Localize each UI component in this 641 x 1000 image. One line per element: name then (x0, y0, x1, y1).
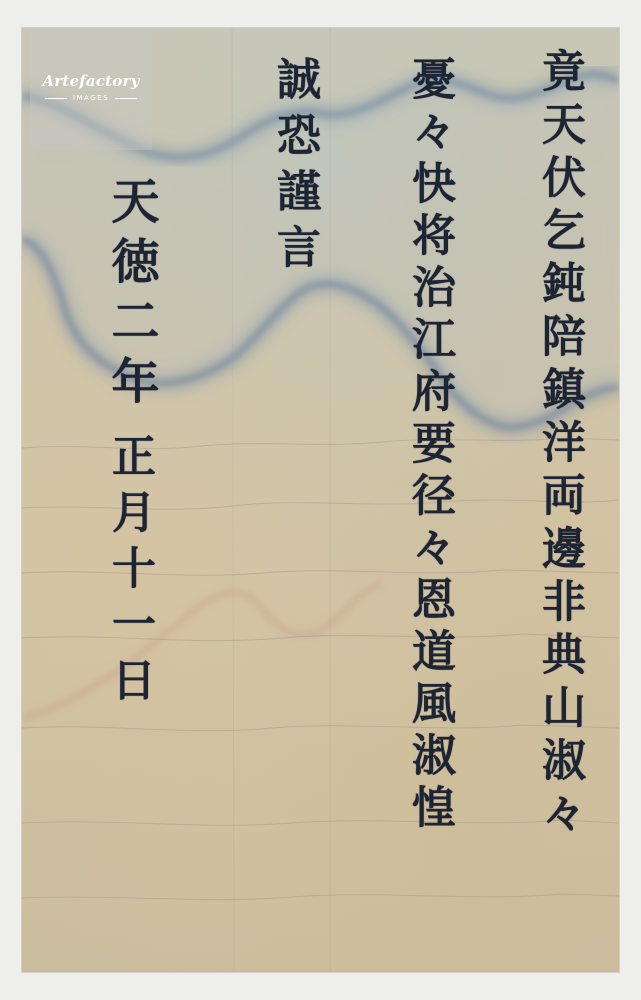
watermark-title: Artefactory (30, 72, 152, 90)
calligraphy-paper: Artefactory IMAGES 竟天伏乞鈍陪鎮洋両邊非典山淑々 憂々快将治… (22, 28, 619, 972)
calligraphy-column-1: 竟天伏乞鈍陪鎮洋両邊非典山淑々 (527, 48, 591, 843)
date-year-column: 天徳二年 (97, 176, 166, 416)
date-day-column: 正月十一日 (97, 433, 161, 713)
calligraphy-column-3: 誠恐謹言 (262, 56, 326, 280)
watermark: Artefactory IMAGES (30, 30, 152, 150)
watermark-subtitle: IMAGES (30, 94, 152, 102)
image-frame: Artefactory IMAGES 竟天伏乞鈍陪鎮洋両邊非典山淑々 憂々快将治… (0, 0, 641, 1000)
calligraphy-column-2: 憂々快将治江府要径々恩道風淑惶 (397, 56, 461, 836)
